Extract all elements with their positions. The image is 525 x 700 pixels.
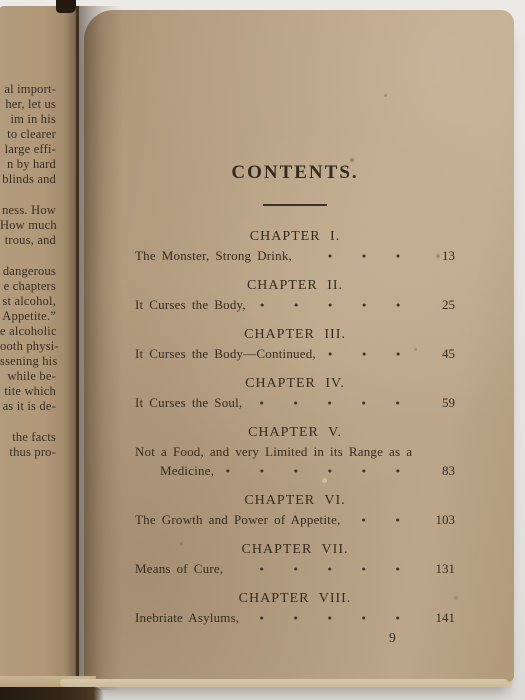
left-page-line: the facts [0,430,56,445]
book-spine-fragment [56,0,76,13]
left-page-line: as it is de- [0,399,56,414]
chapter-entry-title: Means of Cure, [135,560,223,577]
left-page-line: trous, and [0,233,56,248]
left-page-text-column: al import-her, let usim in histo clearer… [0,82,56,460]
chapter-entry-page-number: 83 [425,462,455,479]
chapter-entry-page-number: 141 [425,609,455,626]
left-page-line: thus pro- [0,445,56,460]
chapter-entry-title: The Growth and Power of Appetite, [135,511,340,528]
book-bottom-corner [0,687,104,700]
dot-leader [233,560,417,577]
chapter-entry-page-number: 59 [425,394,455,411]
left-page-line: large effi- [0,142,56,157]
chapter-entry-row: It Curses the Body,25 [135,296,455,313]
dot-leader [249,609,417,626]
left-page-line: st alcohol, [0,294,56,309]
left-page-line: How much [0,218,56,233]
dot-leader [326,345,417,362]
left-page-line: e chapters [0,279,56,294]
left-page-line: blinds and [0,172,56,187]
left-page-line: to clearer [0,127,56,142]
left-page-line: ssening his [0,354,56,369]
chapter-entry-title: The Monster, Strong Drink, [135,247,292,264]
chapter-entry-title: It Curses the Body—Continued, [135,345,316,362]
chapter-entry-title: Medicine, [135,462,214,479]
chapter-heading: CHAPTER I. [135,228,455,245]
left-page-line: e alcoholic [0,324,56,339]
left-page-line: dangerous [0,264,56,279]
chapter-heading: CHAPTER V. [135,424,455,441]
chapter-heading: CHAPTER II. [135,277,455,294]
chapter-heading: CHAPTER VII. [135,541,455,558]
chapter-heading: CHAPTER III. [135,326,455,343]
chapter-entry-row: Means of Cure,131 [135,560,455,577]
dot-leader [302,247,417,264]
chapter-heading: CHAPTER VI. [135,492,455,509]
chapter-entry-row: Medicine,83 [135,462,455,479]
page-title: CONTENTS. [135,162,455,184]
chapter-entry-page-number: 45 [425,345,455,362]
page-number: 9 [389,630,396,646]
contents-text-block: CONTENTS. CHAPTER I.The Monster, Strong … [135,10,455,626]
left-page-line: her, let us [0,97,56,112]
chapter-list: CHAPTER I.The Monster, Strong Drink,13CH… [135,228,455,626]
left-page-line: ooth physi- [0,339,56,354]
contents-page: CONTENTS. CHAPTER I.The Monster, Strong … [84,10,514,682]
chapter-entry-row: It Curses the Soul,59 [135,394,455,411]
chapter-entry-row: Inebriate Asylums,141 [135,609,455,626]
chapter-heading: CHAPTER VIII. [135,590,455,607]
left-page: al import-her, let usim in histo clearer… [0,6,79,688]
left-page-line: al import- [0,82,56,97]
chapter-entry-title: It Curses the Soul, [135,394,242,411]
left-page-line: n by hard [0,157,56,172]
chapter-entry-row: The Growth and Power of Appetite,103 [135,511,455,528]
chapter-entry-page-number: 13 [425,247,455,264]
chapter-entry-page-number: 131 [425,560,455,577]
dot-leader [252,394,417,411]
dot-leader [350,511,417,528]
chapter-heading: CHAPTER IV. [135,375,455,392]
chapter-entry-page-number: 103 [425,511,455,528]
dot-leader [224,462,417,479]
chapter-entry-line: Not a Food, and very Limited in its Rang… [135,443,455,460]
left-page-line: Appetite.” [0,309,56,324]
left-page-line: tite which [0,384,56,399]
chapter-entry-title: Inebriate Asylums, [135,609,239,626]
chapter-entry-title: It Curses the Body, [135,296,246,313]
title-rule-divider [263,204,327,206]
chapter-entry-page-number: 25 [425,296,455,313]
left-page-line: im in his [0,112,56,127]
left-page-line: ness. How [0,203,56,218]
left-page-line: while be- [0,369,56,384]
chapter-entry-row: It Curses the Body—Continued,45 [135,345,455,362]
dot-leader [256,296,417,313]
chapter-entry-row: The Monster, Strong Drink,13 [135,247,455,264]
page-block-edge [60,679,508,687]
book-photo-scene: al import-her, let usim in histo clearer… [0,0,525,700]
